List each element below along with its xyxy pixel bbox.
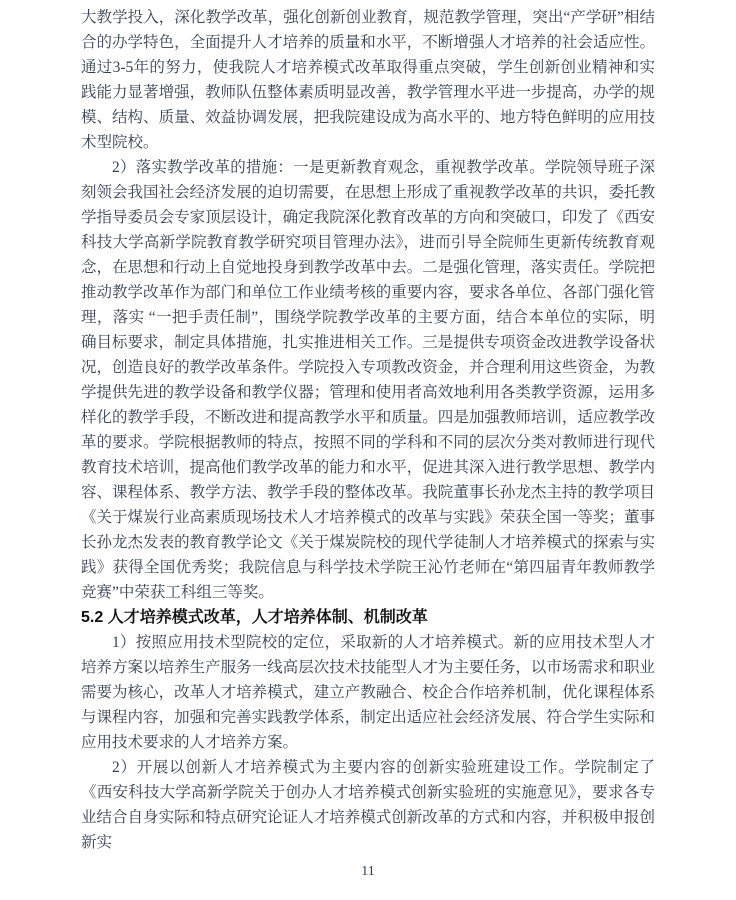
- paragraph-talent-mode-item-1: 1）按照应用技术型院校的定位，采取新的人才培养模式。新的应用技术型人才培养方案以…: [81, 630, 655, 755]
- paragraph-continuation: 大教学投入，深化教学改革，强化创新创业教育，规范教学管理，突出“产学研”相结合的…: [81, 5, 655, 155]
- text-content: 大教学投入，深化教学改革，强化创新创业教育，规范教学管理，突出“产学研”相结合的…: [81, 5, 655, 855]
- paragraph-teaching-reform-measures: 2）落实教学改革的措施：一是更新教育观念，重视教学改革。学院领导班子深刻领会我国…: [81, 155, 655, 605]
- document-page: 大教学投入，深化教学改革，强化创新创业教育，规范教学管理，突出“产学研”相结合的…: [0, 0, 736, 900]
- paragraph-talent-mode-item-2: 2）开展以创新人才培养模式为主要内容的创新实验班建设工作。学院制定了《西安科技大…: [81, 755, 655, 855]
- page-number: 11: [0, 864, 736, 880]
- section-heading-5-2: 5.2 人才培养模式改革，人才培养体制、机制改革: [81, 605, 655, 630]
